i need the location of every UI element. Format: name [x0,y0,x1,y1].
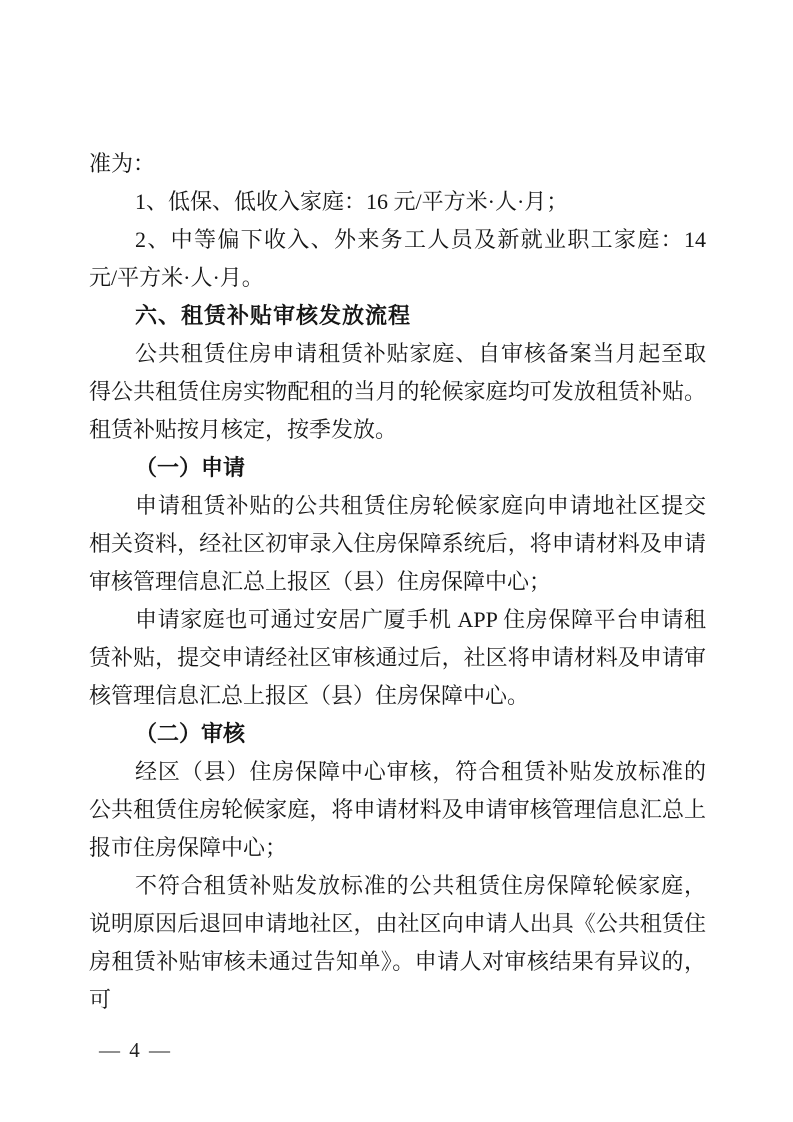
paragraph-review-unqualified: 不符合租赁补贴发放标准的公共租赁住房保障轮候家庭，说明原因后退回申请地社区，由社… [89,867,706,1019]
paragraph-subsidy-eligibility: 公共租赁住房申请租赁补贴家庭、自审核备案当月起至取得公共租赁住房实物配租的当月的… [89,335,706,449]
list-item-subsidy-standard-1: 1、低保、低收入家庭：16 元/平方米·人·月； [89,183,706,221]
section-heading-subsidy-process: 六、租赁补贴审核发放流程 [89,297,706,335]
list-item-subsidy-standard-2: 2、中等偏下收入、外来务工人员及新就业职工家庭：14 元/平方米·人·月。 [89,221,706,297]
paragraph-application-app: 申请家庭也可通过安居广厦手机 APP 住房保障平台申请租赁补贴，提交申请经社区审… [89,601,706,715]
page-number: — 4 — [99,1038,172,1062]
document-content: 准为： 1、低保、低收入家庭：16 元/平方米·人·月； 2、中等偏下收入、外来… [89,145,706,1019]
document-page: 准为： 1、低保、低收入家庭：16 元/平方米·人·月； 2、中等偏下收入、外来… [0,0,793,1122]
paragraph-review-qualified: 经区（县）住房保障中心审核，符合租赁补贴发放标准的公共租赁住房轮候家庭，将申请材… [89,753,706,867]
paragraph-continuation: 准为： [89,145,706,183]
paragraph-application-community: 申请租赁补贴的公共租赁住房轮候家庭向申请地社区提交相关资料，经社区初审录入住房保… [89,487,706,601]
subsection-heading-application: （一）申请 [89,449,706,487]
subsection-heading-review: （二）审核 [89,715,706,753]
